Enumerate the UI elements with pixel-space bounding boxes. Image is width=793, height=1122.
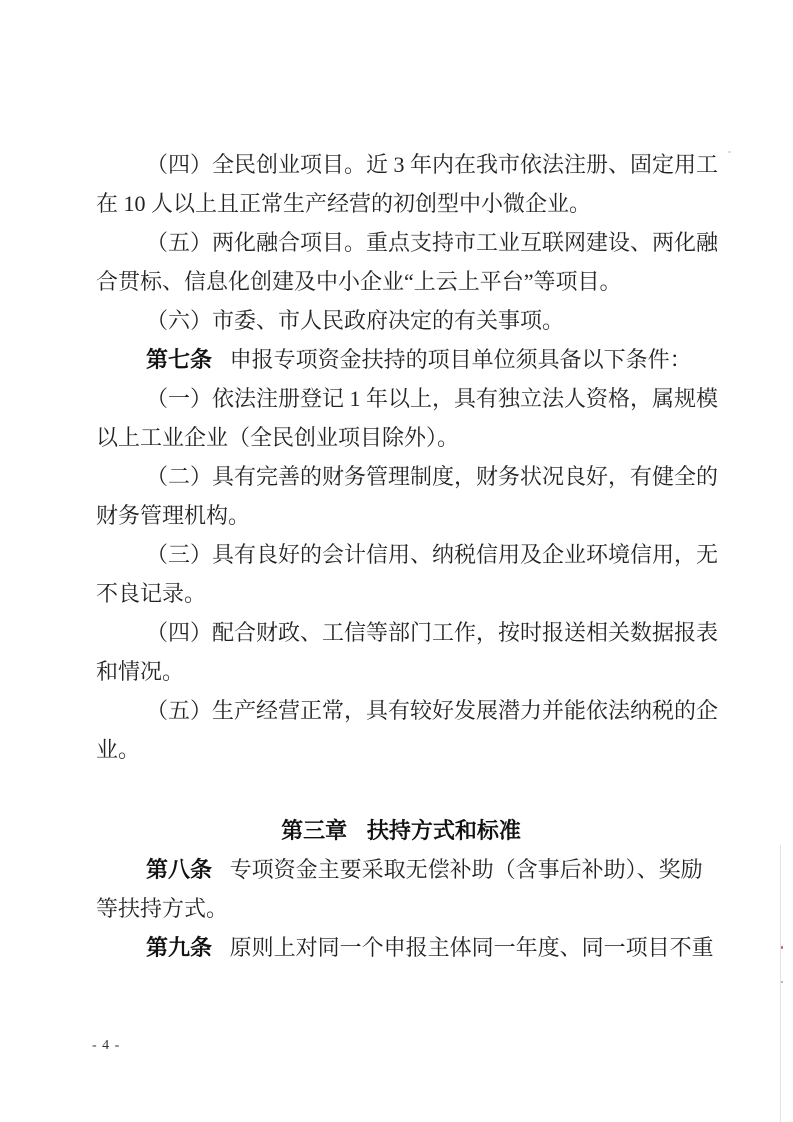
page-number: - 4 -	[92, 1038, 120, 1054]
paragraph-text: 原则上对同一个申报主体同一年度、同一项目不重	[230, 935, 714, 960]
paragraph: 第八条专项资金主要采取无偿补助（含事后补助）、奖励 等扶持方式。	[96, 850, 741, 928]
paragraph: （四）全民创业项目。近 3 年内在我市依法注册、固定用工 在 10 人以上且正常…	[96, 145, 741, 223]
paragraph-text: （三）具有良好的会计信用、纳税信用及企业环境信用，无 不良记录。	[96, 542, 718, 606]
paragraph: （五）两化融合项目。重点支持市工业互联网建设、两化融 合贯标、信息化创建及中小企…	[96, 223, 741, 301]
scan-speck-artifact	[728, 151, 731, 153]
paragraph-text: （六）市委、市人民政府决定的有关事项。	[146, 308, 564, 333]
paragraph-text: （二）具有完善的财务管理制度，财务状况良好，有健全的 财务管理机构。	[96, 464, 718, 528]
paragraph: 第九条原则上对同一个申报主体同一年度、同一项目不重	[96, 928, 741, 967]
paragraph: （一）依法注册登记 1 年以上，具有独立法人资格，属规模 以上工业企业（全民创业…	[96, 379, 741, 457]
article-number-label: 第八条	[146, 857, 212, 882]
paragraph: 第七条申报专项资金扶持的项目单位须具备以下条件：	[96, 340, 741, 379]
scan-edge-artifact	[780, 845, 781, 1122]
chapter-title-text: 扶持方式和标准	[367, 818, 521, 843]
paragraph-text: （五）生产经营正常，具有较好发展潜力并能依法纳税的企 业。	[96, 698, 718, 762]
scan-speck-artifact	[781, 981, 783, 983]
chapter-heading: 第三章扶持方式和标准	[96, 811, 706, 850]
chapter-number: 第三章	[281, 818, 347, 843]
paragraph: （四）配合财政、工信等部门工作，按时报送相关数据报表 和情况。	[96, 613, 741, 691]
paragraph-text: （四）配合财政、工信等部门工作，按时报送相关数据报表 和情况。	[96, 620, 718, 684]
paragraph-text: （一）依法注册登记 1 年以上，具有独立法人资格，属规模 以上工业企业（全民创业…	[96, 386, 718, 450]
paragraph-text: （五）两化融合项目。重点支持市工业互联网建设、两化融 合贯标、信息化创建及中小企…	[96, 230, 718, 294]
scan-speck-artifact	[781, 946, 783, 949]
document-body: （四）全民创业项目。近 3 年内在我市依法注册、固定用工 在 10 人以上且正常…	[96, 145, 741, 967]
paragraph-text: （四）全民创业项目。近 3 年内在我市依法注册、固定用工 在 10 人以上且正常…	[96, 152, 718, 216]
paragraph: （五）生产经营正常，具有较好发展潜力并能依法纳税的企 业。	[96, 691, 741, 769]
paragraph: （六）市委、市人民政府决定的有关事项。	[96, 301, 741, 340]
paragraph-text: 申报专项资金扶持的项目单位须具备以下条件：	[230, 347, 692, 372]
paragraph: （三）具有良好的会计信用、纳税信用及企业环境信用，无 不良记录。	[96, 535, 741, 613]
document-page: （四）全民创业项目。近 3 年内在我市依法注册、固定用工 在 10 人以上且正常…	[0, 0, 793, 1122]
article-number-label: 第七条	[146, 347, 212, 372]
article-number-label: 第九条	[146, 935, 212, 960]
paragraph: （二）具有完善的财务管理制度，财务状况良好，有健全的 财务管理机构。	[96, 457, 741, 535]
